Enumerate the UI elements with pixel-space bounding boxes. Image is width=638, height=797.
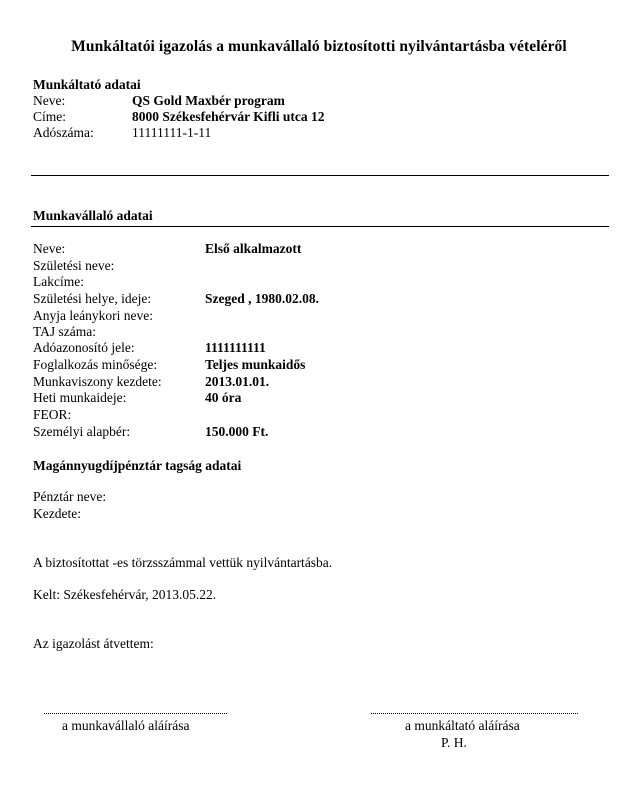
employer-signature-line — [371, 713, 578, 714]
employer-name-value: QS Gold Maxbér program — [132, 93, 285, 109]
pension-heading: Magánnyugdíjpénztár tagság adatai — [33, 458, 241, 474]
employee-field-value: 1111111111 — [205, 340, 266, 356]
employee-field-value: Szeged , 1980.02.08. — [205, 291, 319, 307]
employee-field-value: Teljes munkaidős — [205, 357, 305, 373]
employee-field-label: Anyja leánykori neve: — [33, 308, 153, 324]
employee-field-label: Születési neve: — [33, 258, 114, 274]
employer-signature-label: a munkáltató aláírása — [405, 718, 520, 734]
employee-field-value: 40 óra — [205, 390, 241, 406]
received-line: Az igazolást átvettem: — [33, 636, 154, 652]
registration-statement: A biztosítottat -es törzsszámmal vettük … — [33, 555, 332, 571]
employee-field-label: Születési helye, ideje: — [33, 291, 151, 307]
employee-signature-line — [44, 713, 227, 714]
stamp-label: P. H. — [441, 735, 467, 751]
employee-field-label: Heti munkaideje: — [33, 390, 126, 406]
pension-fund-name-label: Pénztár neve: — [33, 489, 106, 505]
employee-field-label: Lakcíme: — [33, 274, 84, 290]
employer-address-value: 8000 Székesfehérvár Kifli utca 12 — [132, 109, 324, 125]
employer-taxid-label: Adószáma: — [33, 125, 94, 141]
divider — [31, 175, 609, 176]
employee-field-label: TAJ száma: — [33, 324, 96, 340]
employer-name-label: Neve: — [33, 93, 65, 109]
employee-field-label: FEOR: — [33, 407, 71, 423]
employee-field-value: 2013.01.01. — [205, 374, 269, 390]
pension-start-label: Kezdete: — [33, 506, 81, 522]
employee-field-label: Munkaviszony kezdete: — [33, 374, 162, 390]
employer-taxid-value: 11111111-1-11 — [132, 125, 211, 141]
employee-heading: Munkavállaló adatai — [33, 208, 153, 224]
employee-field-label: Személyi alapbér: — [33, 424, 130, 440]
employee-field-value: Első alkalmazott — [205, 241, 301, 257]
date-line: Kelt: Székesfehérvár, 2013.05.22. — [33, 587, 216, 603]
document-title: Munkáltatói igazolás a munkavállaló bizt… — [0, 38, 638, 56]
employee-field-value: 150.000 Ft. — [205, 424, 268, 440]
employee-field-label: Neve: — [33, 241, 65, 257]
divider — [31, 226, 609, 227]
employee-field-label: Foglalkozás minősége: — [33, 357, 157, 373]
employer-address-label: Címe: — [33, 109, 66, 125]
employee-signature-label: a munkavállaló aláírása — [62, 718, 189, 734]
employer-heading: Munkáltató adatai — [33, 77, 141, 93]
employee-field-label: Adóazonosító jele: — [33, 340, 135, 356]
